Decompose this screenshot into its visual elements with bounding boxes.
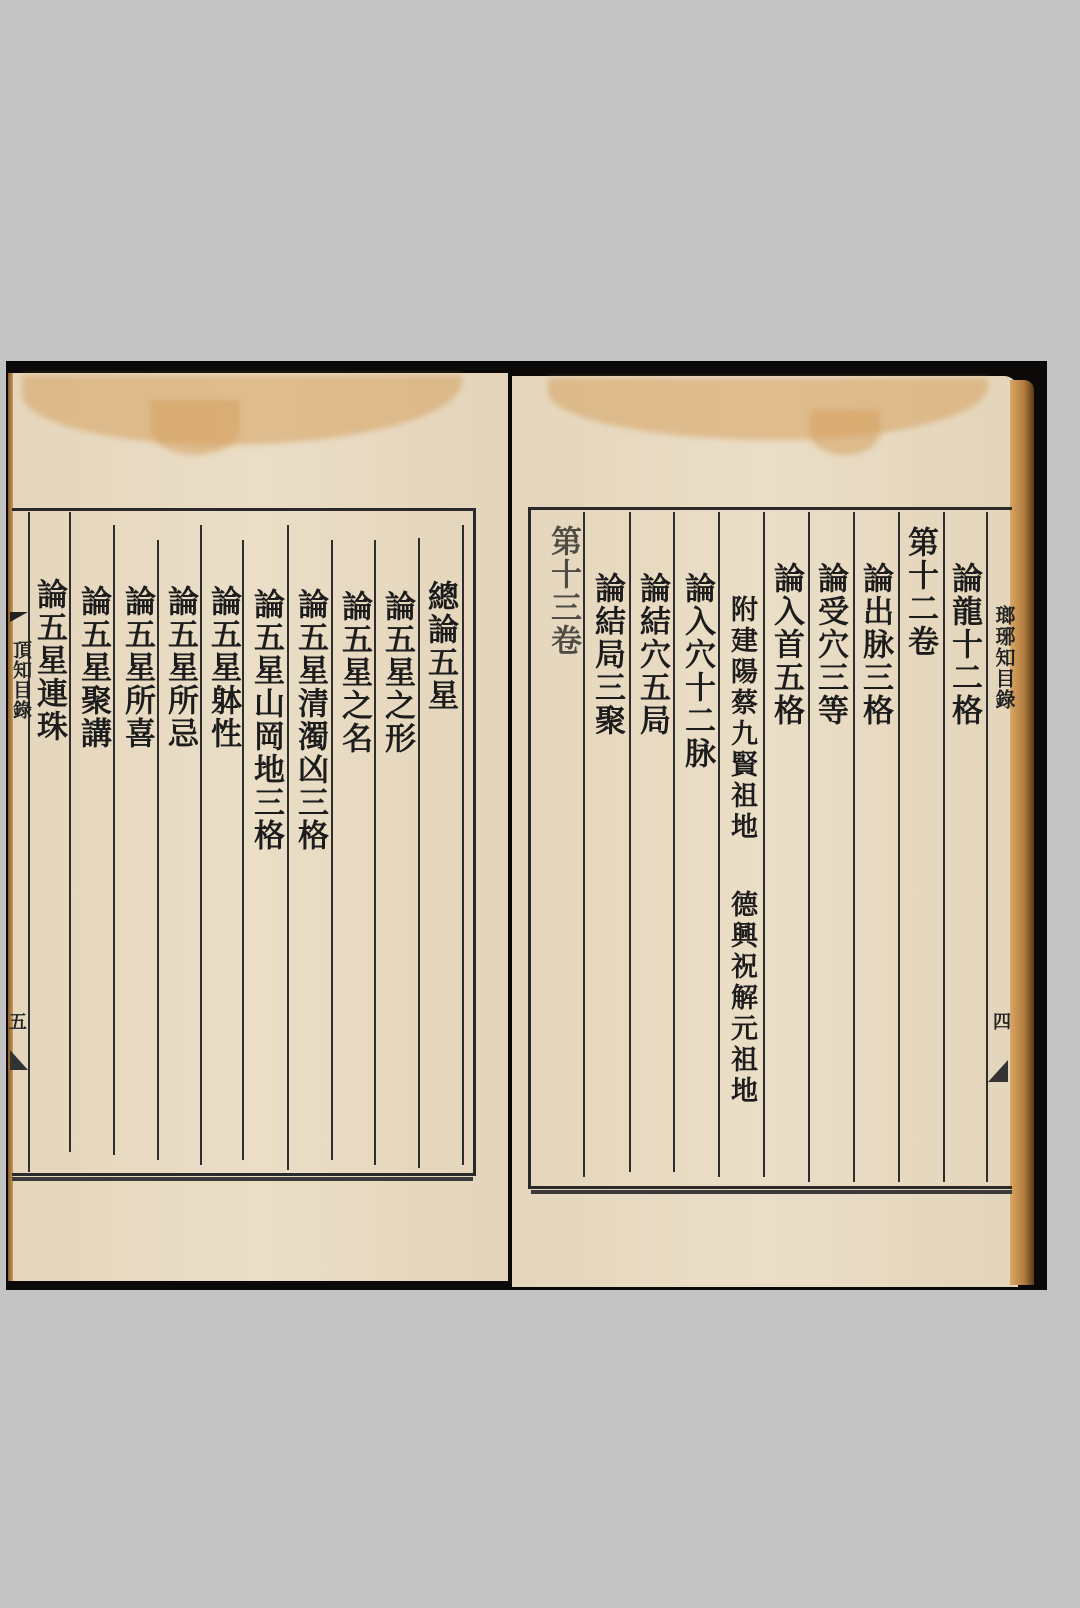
column-rule [287,525,289,1170]
column-rule [331,540,333,1160]
left-page-number: 五 [9,1008,27,1034]
column-rule [113,525,115,1155]
column-rule [718,512,720,1177]
column-rule [69,512,71,1152]
water-stain [150,400,240,455]
toc-entry: 論五星聚講 [74,585,112,750]
toc-entry: 論結穴五局 [633,572,671,737]
toc-entry: 論龍十二格 [945,562,983,727]
toc-entry: 論五星之形 [378,590,416,755]
water-stain [810,410,880,455]
column-rule [808,512,810,1182]
column-rule [462,525,464,1165]
right-page-edge [1010,380,1034,1285]
column-rule [898,512,900,1182]
toc-entry: 論五星躰性 [204,585,242,750]
column-rule [763,512,765,1177]
toc-entry: 論入穴十二脉 [678,572,716,770]
toc-entry: 論結局三聚 [588,572,626,737]
right-page-number: 四 [993,1008,1011,1034]
toc-entry: 論五星山岡地三格 [247,588,285,852]
toc-entry: 論出脉三格 [856,562,894,727]
fish-tail-marker [988,1060,1008,1082]
appendix-entry: 附建陽蔡九賢祖地 [722,595,760,843]
toc-entry: 論受穴三等 [811,562,849,727]
toc-entry: 論五星所喜 [118,585,156,750]
column-rule [374,540,376,1165]
appendix-entry: 德興祝解元祖地 [722,890,760,1107]
toc-entry: 論五星所忌 [161,585,199,750]
toc-entry: 論五星清濁凶三格 [291,588,329,852]
fish-tail-marker [10,1050,28,1070]
column-rule [673,512,675,1172]
fish-tail-marker [10,612,28,622]
column-rule [629,512,631,1172]
volume-heading: 第十三卷 [544,525,582,657]
column-rule [242,540,244,1160]
column-rule [583,512,585,1177]
left-margin-title: 頂知目錄 [8,640,35,720]
toc-entry: 論入首五格 [767,562,805,727]
column-rule [418,538,420,1168]
column-rule [853,512,855,1182]
toc-entry: 論五星連珠 [30,578,68,743]
right-margin-title: 瑯琊知目錄 [990,605,1019,710]
column-rule [200,525,202,1165]
volume-heading: 第十二卷 [901,526,939,658]
toc-entry: 論五星之名 [335,590,373,755]
column-rule [157,540,159,1160]
toc-heading: 總論五星 [421,580,459,712]
